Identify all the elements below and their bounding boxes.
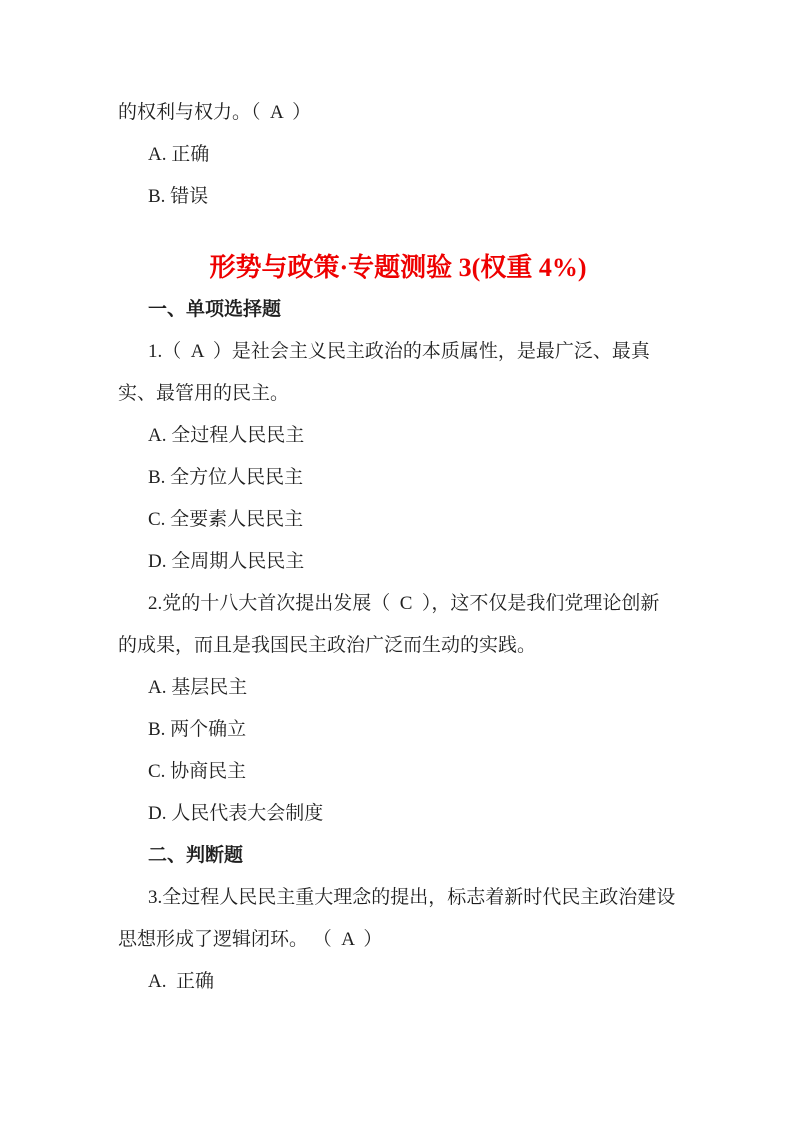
- carryover-option-a: A. 正确: [118, 134, 678, 176]
- question-3-option-a: A. 正确: [118, 961, 678, 1003]
- question-1-option-c: C. 全要素人民民主: [118, 499, 678, 541]
- question-2-option-a: A. 基层民主: [118, 667, 678, 709]
- question-2-option-b: B. 两个确立: [118, 709, 678, 751]
- carryover-question-line: 的权利与权力。（ A ）: [118, 92, 678, 134]
- document-page: 的权利与权力。（ A ） A. 正确 B. 错误 形势与政策·专题测验 3(权重…: [0, 0, 793, 1122]
- question-1-text: 1.（ A ）是社会主义民主政治的本质属性，是最广泛、最真实、最管用的民主。: [118, 331, 678, 415]
- question-3-text: 3.全过程人民民主重大理念的提出，标志着新时代民主政治建设思想形成了逻辑闭环。 …: [118, 877, 678, 961]
- document-content: 的权利与权力。（ A ） A. 正确 B. 错误 形势与政策·专题测验 3(权重…: [0, 0, 793, 1122]
- document-title: 形势与政策·专题测验 3(权重 4%): [118, 247, 678, 289]
- question-2-option-c: C. 协商民主: [118, 751, 678, 793]
- section-heading-true-false: 二、判断题: [118, 835, 678, 877]
- question-2-option-d: D. 人民代表大会制度: [118, 793, 678, 835]
- question-1-option-d: D. 全周期人民民主: [118, 541, 678, 583]
- section-heading-single-choice: 一、单项选择题: [118, 289, 678, 331]
- carryover-option-b: B. 错误: [118, 176, 678, 218]
- question-2-text: 2.党的十八大首次提出发展（ C ），这不仅是我们党理论创新的成果，而且是我国民…: [118, 583, 678, 667]
- question-1-option-b: B. 全方位人民民主: [118, 457, 678, 499]
- question-1-option-a: A. 全过程人民民主: [118, 415, 678, 457]
